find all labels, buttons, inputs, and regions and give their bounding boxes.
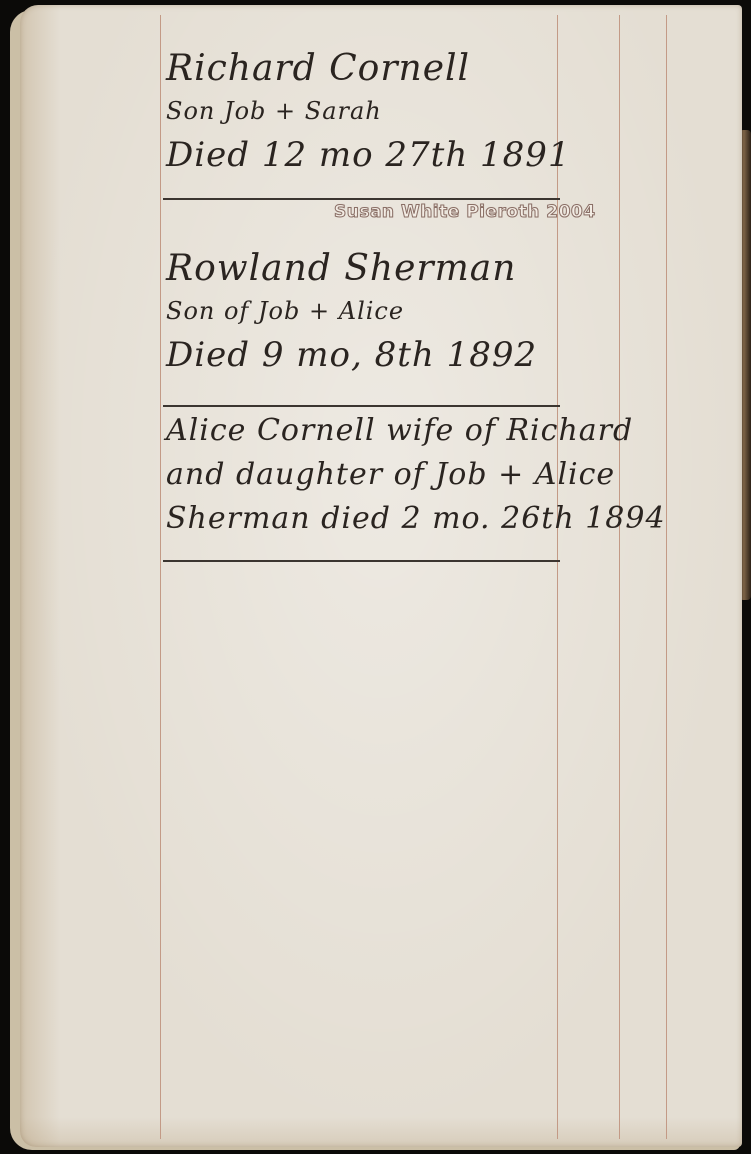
entry-3-line-1: Alice Cornell wife of Richard (166, 409, 686, 453)
column-rule-3 (666, 15, 667, 1139)
watermark-text: Susan White Pieroth 2004 (334, 202, 596, 222)
entry-3-line-2: and daughter of Job + Alice (166, 453, 686, 497)
entry-1-death-date: Died 12 mo 27th 1891 (166, 129, 686, 181)
entry-2-death-date: Died 9 mo, 8th 1892 (166, 329, 686, 381)
entry-1-name: Richard Cornell (166, 45, 686, 93)
entry-separator-3 (163, 560, 560, 562)
entry-1-parents: Son Job + Sarah (166, 93, 686, 129)
entry-3: Alice Cornell wife of Richard and daught… (166, 409, 686, 541)
entry-3-line-3: Sherman died 2 mo. 26th 1894 (166, 497, 686, 541)
entry-2-parents: Son of Job + Alice (166, 293, 686, 329)
entry-2: Rowland Sherman Son of Job + Alice Died … (166, 245, 686, 381)
ledger-page: Richard Cornell Son Job + Sarah Died 12 … (20, 5, 742, 1147)
column-rule-2 (619, 15, 620, 1139)
left-margin-rule (160, 15, 161, 1139)
column-rule-1 (557, 15, 558, 1139)
entry-2-name: Rowland Sherman (166, 245, 686, 293)
entry-separator-1 (163, 198, 560, 200)
entry-1: Richard Cornell Son Job + Sarah Died 12 … (166, 45, 686, 181)
entry-separator-2 (163, 405, 560, 407)
